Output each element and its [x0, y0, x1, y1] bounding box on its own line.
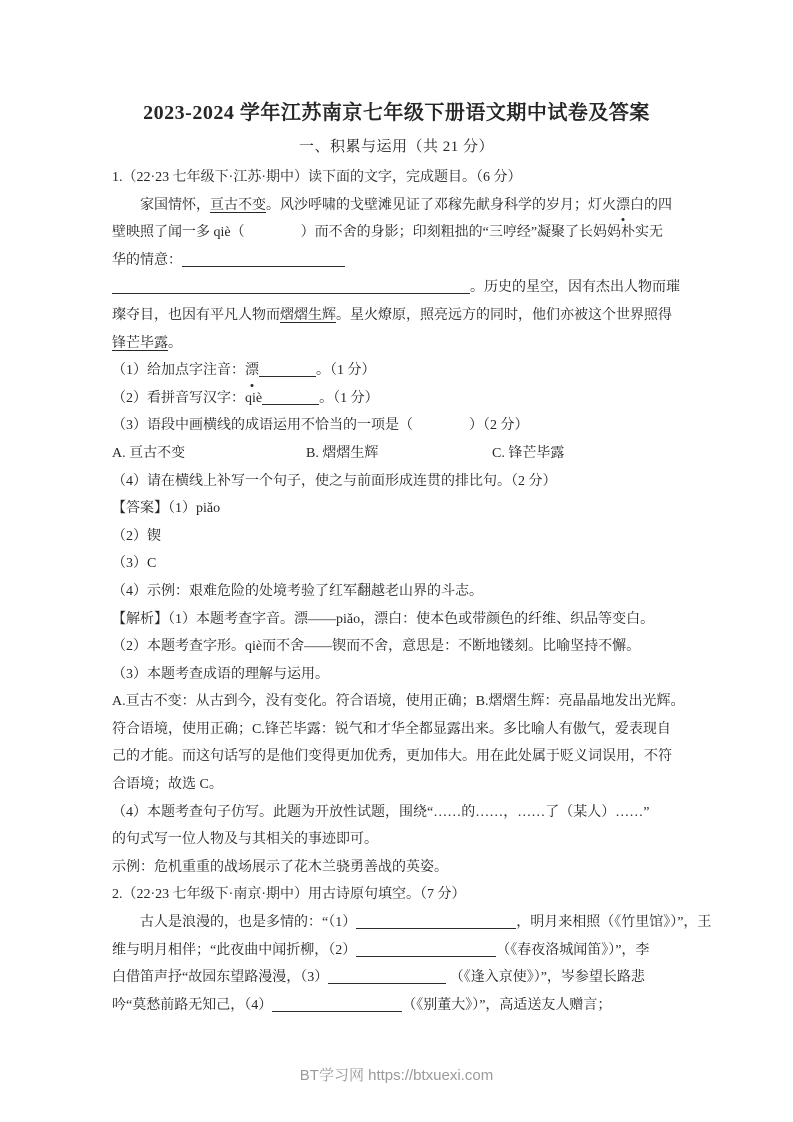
- text-run: （3）本题考查成语的理解与运用。: [112, 667, 329, 682]
- text-run: B. 熠熠生辉: [306, 440, 492, 468]
- q1-passage-line4: 。历史的星空，因有杰出人物而璀: [112, 274, 703, 302]
- text-run: 。星火燎原，照亮远方的同时，他们亦被这个世界照得: [336, 308, 672, 323]
- text-run: 华的情意：: [112, 253, 182, 268]
- q1-header: 1.（22·23 七年级下·江苏·期中）读下面的文字，完成题目。（6 分）: [112, 164, 703, 192]
- text-run: 示例：危机重重的战场展示了花木兰骁勇善战的英姿。: [112, 860, 448, 875]
- q1-analysis-4a: （4）本题考查句子仿写。此题为开放性试题，围绕“……的……，……了（某人）……”: [112, 799, 703, 827]
- q2-line2: 维与明月相伴；“此夜曲中闻折柳，（2）（《春夜洛城闻笛》）”，李: [112, 937, 703, 965]
- text-run: 。历史的星空，因有杰出人物而璀: [470, 280, 680, 295]
- text-run: 。: [168, 336, 182, 351]
- text-run: 的句式写一位人物及与其相关的事迹即可。: [112, 832, 378, 847]
- emphasized-char: 漂: [245, 357, 259, 385]
- q1-answer-3: （3）C: [112, 550, 703, 578]
- underlined-idiom: 熠熠生辉: [280, 308, 336, 323]
- underlined-idiom: 锋芒毕露: [112, 336, 168, 351]
- q1-answer-4: （4）示例：艰难危险的处境考验了红军翻越老山界的斗志。: [112, 578, 703, 606]
- text-run: 【答案】（1）piǎo: [112, 501, 220, 516]
- text-run: ，明月来相照（《竹里馆》）”，王: [516, 915, 711, 930]
- q1-sub2: （2）看拼音写汉字：qiè。（1 分）: [112, 385, 703, 413]
- q1-analysis-3e: 合语境；故选 C。: [112, 771, 703, 799]
- q1-analysis-4b: 的句式写一位人物及与其相关的事迹即可。: [112, 826, 703, 854]
- q2-header: 2.（22·23 七年级下·南京·期中）用古诗原句填空。（7 分）: [112, 881, 703, 909]
- fill-in-blank: [356, 942, 496, 957]
- q1-analysis-3c: 符合语境，使用正确；C.锋芒毕露：锐气和才华全都显露出来。多比喻人有傲气，爱表现…: [112, 716, 703, 744]
- text-run: 2.（22·23 七年级下·南京·期中）用古诗原句填空。（7 分）: [112, 887, 466, 902]
- q1-analysis-3a: （3）本题考查成语的理解与运用。: [112, 661, 703, 689]
- q1-options: A. 亘古不变B. 熠熠生辉C. 锋芒毕露: [112, 440, 703, 468]
- section-heading: 一、积累与运用（共 21 分）: [0, 136, 793, 158]
- fill-in-blank: [272, 997, 402, 1012]
- text-run: 维与明月相伴；“此夜曲中闻折柳，（2）: [112, 943, 356, 958]
- q1-passage-line6: 锋芒毕露。: [112, 330, 703, 358]
- exam-document-page: 2023-2024 学年江苏南京七年级下册语文期中试卷及答案 一、积累与运用（共…: [0, 0, 793, 1122]
- q1-passage-line3: 华的情意：: [112, 247, 703, 275]
- fill-in-blank: [356, 914, 516, 929]
- text-run: （3）C: [112, 556, 156, 571]
- text-run: （2）锲: [112, 529, 161, 544]
- q1-passage-line2: 壁映照了闻一多 qiè（ ）而不舍的身影；印刻粗拙的“三哼经”凝聚了长妈妈朴实无: [112, 219, 703, 247]
- text-run: 合语境；故选 C。: [112, 777, 223, 792]
- text-run: 吟“莫愁前路无知己，（4）: [112, 998, 272, 1013]
- q1-sub4: （4）请在横线上补写一个句子，使之与前面形成连贯的排比句。（2 分）: [112, 468, 703, 496]
- q1-answer-1: 【答案】（1）piǎo: [112, 495, 703, 523]
- q1-analysis-2: （2）本题考查字形。qiè而不舍——锲而不舍，意思是：不断地镂刻。比喻坚持不懈。: [112, 633, 703, 661]
- fill-in-blank: [182, 252, 345, 267]
- text-run: 古人是浪漫的，也是多情的：“（1）: [140, 915, 356, 930]
- emphasized-char: 漂: [616, 192, 630, 220]
- q1-answer-2: （2）锲: [112, 523, 703, 551]
- q1-analysis-3d: 己的才能。而这句话写的是他们变得更加优秀，更加伟大。用在此处属于贬义词误用，不符: [112, 743, 703, 771]
- text-run: 。（1 分）: [316, 363, 376, 378]
- q1-sub1: （1）给加点字注音：漂。（1 分）: [112, 357, 703, 385]
- q1-passage-line1: 家国情怀，亘古不变。风沙呼啸的戈壁滩见证了邓稼先献身科学的岁月；灯火漂白的四: [112, 192, 703, 220]
- text-run: （4）示例：艰难危险的处境考验了红军翻越老山界的斗志。: [112, 584, 483, 599]
- text-run: （《春夜洛城闻笛》）”，李: [496, 943, 649, 958]
- text-run: 白借笛声抒“故园东望路漫漫，（3）: [112, 970, 328, 985]
- text-run: （2）看拼音写汉字：qiè: [112, 391, 262, 406]
- text-run: 家国情怀，: [140, 198, 210, 213]
- text-run: A. 亘古不变: [112, 440, 306, 468]
- text-run: （1）给加点字注音：: [112, 363, 245, 378]
- text-run: 己的才能。而这句话写的是他们变得更加优秀，更加伟大。用在此处属于贬义词误用，不符: [112, 749, 672, 764]
- text-run: 【解析】（1）本题考查字音。漂——piǎo，漂白：使本色或带颜色的纤维、织品等变…: [112, 612, 654, 627]
- text-run: （《别董大》）”，高适送友人赠言；: [402, 998, 611, 1013]
- text-run: 壁映照了闻一多 qiè（ ）而不舍的身影；印刻粗拙的“三哼经”凝聚了长妈妈朴实无: [112, 225, 663, 240]
- document-title: 2023-2024 学年江苏南京七年级下册语文期中试卷及答案: [0, 0, 793, 127]
- text-run: 璨夺目，也因有平凡人物而: [112, 308, 280, 323]
- text-run: （4）请在横线上补写一个句子，使之与前面形成连贯的排比句。（2 分）: [112, 474, 557, 489]
- text-run: （2）本题考查字形。qiè而不舍——锲而不舍，意思是：不断地镂刻。比喻坚持不懈。: [112, 639, 640, 654]
- fill-in-blank: [259, 362, 316, 377]
- document-body: 1.（22·23 七年级下·江苏·期中）读下面的文字，完成题目。（6 分）家国情…: [112, 164, 703, 1019]
- q1-analysis-3b: A.亘古不变：从古到今，没有变化。符合语境，使用正确；B.熠熠生辉：亮晶晶地发出…: [112, 688, 703, 716]
- underlined-idiom: 亘古不变: [210, 198, 266, 213]
- text-run: 。（1 分）: [319, 391, 379, 406]
- fill-in-blank: [112, 279, 470, 294]
- q1-sub3: （3）语段中画横线的成语运用不恰当的一项是（ ）（2 分）: [112, 412, 703, 440]
- q1-analysis-4c: 示例：危机重重的战场展示了花木兰骁勇善战的英姿。: [112, 854, 703, 882]
- q2-line4: 吟“莫愁前路无知己，（4）（《别董大》）”，高适送友人赠言；: [112, 992, 703, 1020]
- text-run: C. 锋芒毕露: [492, 446, 564, 461]
- text-run: 白的四: [630, 198, 672, 213]
- text-run: （4）本题考查句子仿写。此题为开放性试题，围绕“……的……，……了（某人）……”: [112, 805, 649, 820]
- text-run: （3）语段中画横线的成语运用不恰当的一项是（ ）（2 分）: [112, 418, 529, 433]
- text-run: A.亘古不变：从古到今，没有变化。符合语境，使用正确；B.熠熠生辉：亮晶晶地发出…: [112, 694, 684, 709]
- text-run: 。风沙呼啸的戈壁滩见证了邓稼先献身科学的岁月；灯火: [266, 198, 616, 213]
- text-run: 1.（22·23 七年级下·江苏·期中）读下面的文字，完成题目。（6 分）: [112, 170, 522, 185]
- q1-analysis-1: 【解析】（1）本题考查字音。漂——piǎo，漂白：使本色或带颜色的纤维、织品等变…: [112, 606, 703, 634]
- watermark-link: BT学习网 https://btxuexi.com: [0, 1064, 793, 1085]
- q2-line1: 古人是浪漫的，也是多情的：“（1），明月来相照（《竹里馆》）”，王: [112, 909, 703, 937]
- q1-passage-line5: 璨夺目，也因有平凡人物而熠熠生辉。星火燎原，照亮远方的同时，他们亦被这个世界照得: [112, 302, 703, 330]
- text-run: 符合语境，使用正确；C.锋芒毕露：锐气和才华全都显露出来。多比喻人有傲气，爱表现…: [112, 722, 671, 737]
- q2-line3: 白借笛声抒“故园东望路漫漫，（3） （《逢入京使》）”，岑参望长路悲: [112, 964, 703, 992]
- fill-in-blank: [262, 390, 319, 405]
- text-run: （《逢入京使》）”，岑参望长路悲: [446, 970, 645, 985]
- fill-in-blank: [328, 969, 446, 984]
